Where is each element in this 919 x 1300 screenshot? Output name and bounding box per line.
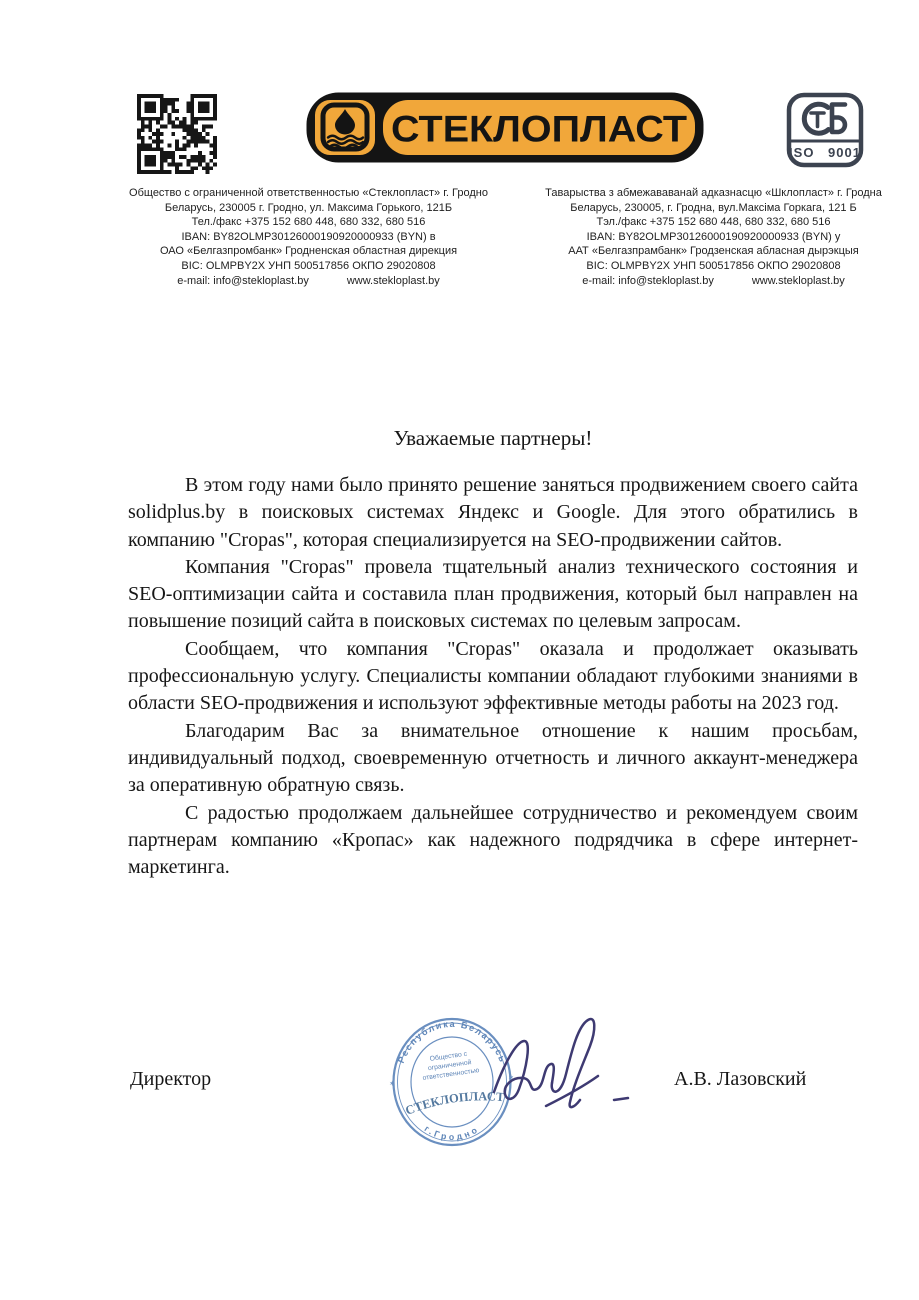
bic-by: BIC: OLMPBY2X УНП 500517856 ОКПО 2902080…	[519, 259, 908, 274]
signer-job-title: Директор	[130, 1068, 211, 1091]
paragraph: Благодарим Вас за внимательное отношение…	[128, 718, 858, 800]
paragraph: Компания "Cropas" провела тщательный ана…	[128, 554, 858, 636]
website-ru: www.stekloplast.by	[347, 274, 440, 289]
letter-document: СТЕКЛОПЛАСТ ISO 9001 Общество с ограниче…	[0, 0, 919, 1300]
paragraph: С радостью продолжаем дальнейшее сотрудн…	[128, 800, 858, 882]
qr-code-canvas	[137, 94, 217, 174]
iso-9001-label: ISO 9001	[789, 145, 861, 160]
handwritten-signature-icon	[486, 1014, 656, 1122]
company-logo: СТЕКЛОПЛАСТ	[306, 92, 704, 163]
email-by: e-mail: info@stekloplast.by	[582, 274, 714, 289]
phone-ru: Тел./факс +375 152 680 448, 680 332, 680…	[114, 215, 503, 230]
letterhead-contacts: Общество с ограниченной ответственностью…	[114, 186, 908, 288]
website-by: www.stekloplast.by	[752, 274, 845, 289]
contacts-belarusian-column: Таварыства з абмежававанай адказнасцю «Ш…	[519, 186, 908, 288]
paragraph: Сообщаем, что компания "Cropas" оказала …	[128, 636, 858, 718]
qr-code-icon	[137, 94, 217, 174]
iban-ru: IBAN: BY82OLMP30126000190920000933 (BYN)…	[114, 230, 503, 245]
bic-ru: BIC: OLMPBY2X УНП 500517856 ОКПО 2902080…	[114, 259, 503, 274]
address-ru: Беларусь, 230005 г. Гродно, ул. Максима …	[114, 201, 503, 216]
stb-iso9001-certification-icon: ISO 9001	[786, 92, 864, 168]
company-name-ru: Общество с ограниченной ответственностью…	[114, 186, 503, 201]
iban-by: IBAN: BY82OLMP30126000190920000933 (BYN)…	[519, 230, 908, 245]
stamp-left-star-icon: ✶	[389, 1079, 395, 1088]
stb-monogram-icon	[804, 104, 845, 133]
address-by: Беларусь, 230005, г. Гродна, вул.Максіма…	[519, 201, 908, 216]
paragraph: В этом году нами было принято решение за…	[128, 472, 858, 554]
company-name-by: Таварыства з абмежававанай адказнасцю «Ш…	[519, 186, 908, 201]
stamp-outer-bottom-text: г.Гродно	[423, 1123, 482, 1142]
bank-ru: ОАО «Белгазпромбанк» Гродненская областн…	[114, 244, 503, 259]
contacts-russian-column: Общество с ограниченной ответственностью…	[114, 186, 503, 288]
signer-name: А.В. Лазовский	[674, 1068, 806, 1091]
bank-by: ААТ «Белгазпрамбанк» Гродзенская абласна…	[519, 244, 908, 259]
logo-wordmark: СТЕКЛОПЛАСТ	[391, 109, 687, 150]
phone-by: Тэл./факс +375 152 680 448, 680 332, 680…	[519, 215, 908, 230]
letter-body: В этом году нами было принято решение за…	[128, 472, 858, 881]
email-ru: e-mail: info@stekloplast.by	[177, 274, 309, 289]
svg-text:г.Гродно: г.Гродно	[423, 1123, 482, 1142]
steklopplast-logo-icon: СТЕКЛОПЛАСТ	[306, 92, 704, 163]
salutation-heading: Уважаемые партнеры!	[128, 426, 858, 451]
